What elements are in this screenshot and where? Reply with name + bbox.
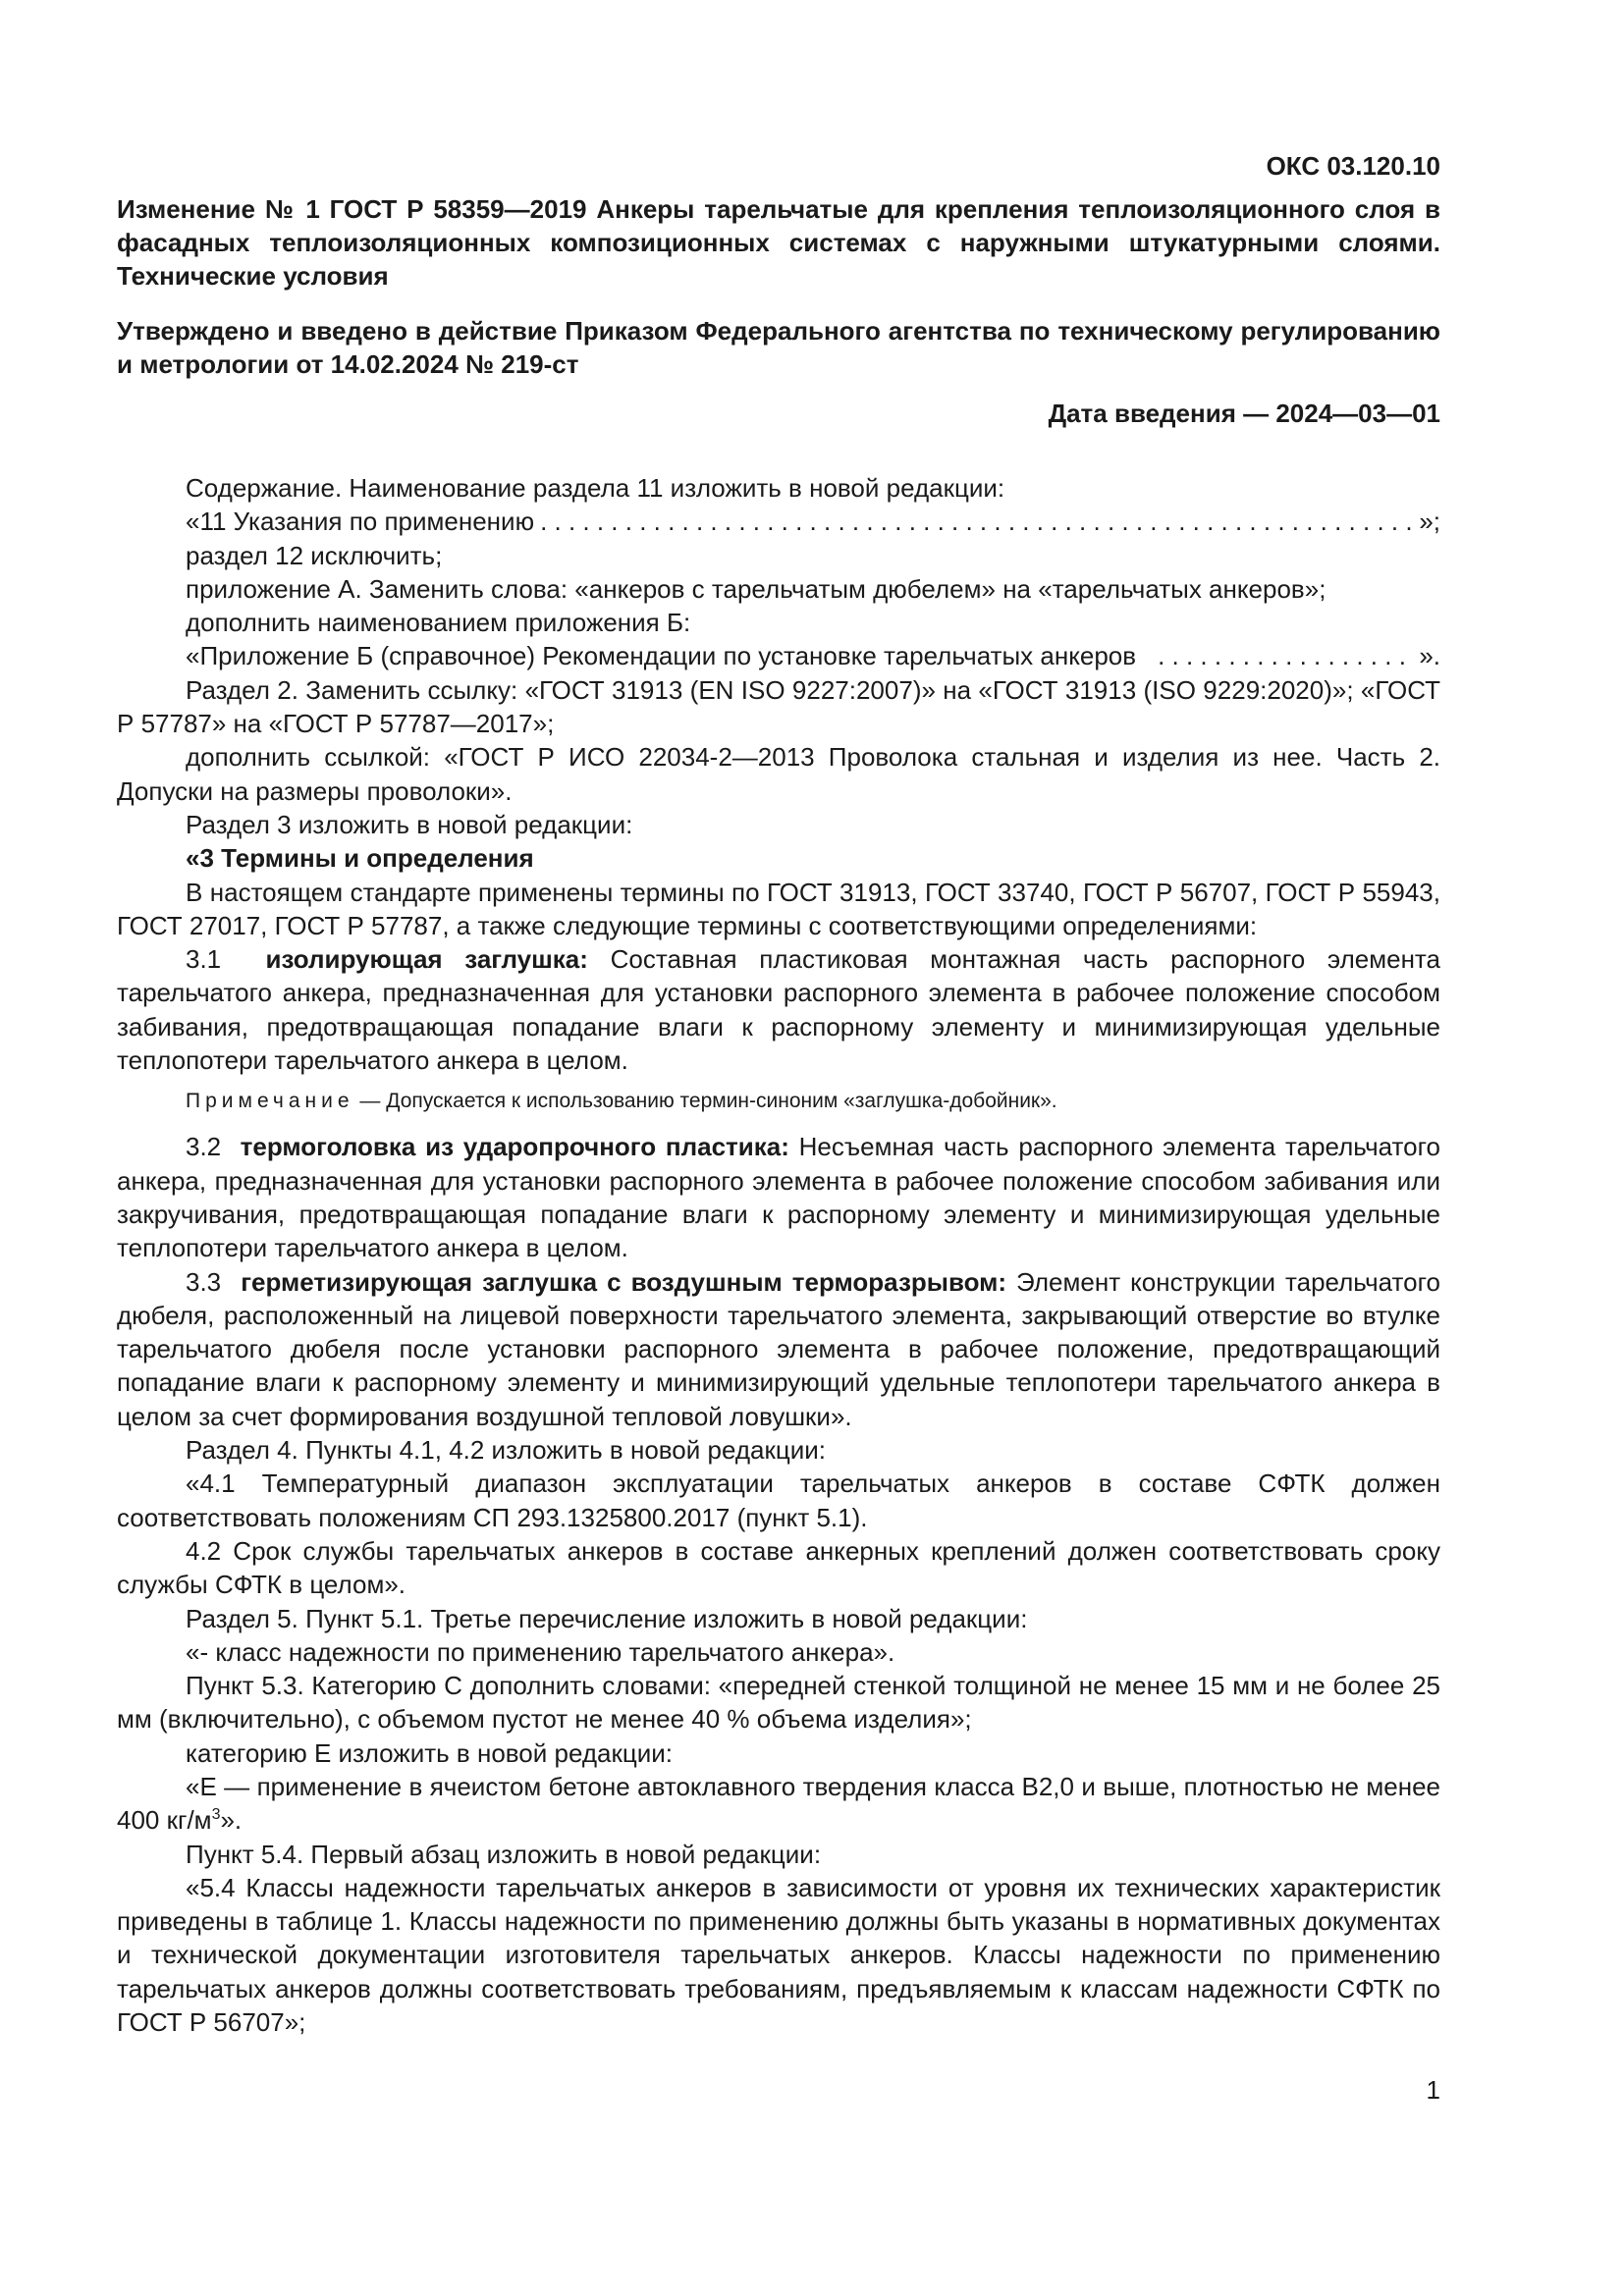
toc-entry-end: »; bbox=[1419, 505, 1440, 538]
term-number: 3.2 bbox=[186, 1132, 221, 1161]
page-number: 1 bbox=[1427, 2073, 1440, 2107]
paragraph-4-2: 4.2 Срок службы тарельчатых анкеров в со… bbox=[117, 1534, 1440, 1602]
note: Примечание — Допускается к использованию… bbox=[117, 1087, 1440, 1116]
term-name: герметизирующая заглушка с воздушным тер… bbox=[241, 1267, 1006, 1297]
paragraph-4-1: «4.1 Температурный диапазон эксплуатации… bbox=[117, 1467, 1440, 1534]
category-e-text: «Е — применение в ячеистом бетоне автокл… bbox=[117, 1772, 1440, 1835]
term-3-3: 3.3 герметизирующая заглушка с воздушным… bbox=[117, 1265, 1440, 1433]
paragraph-section-5-1: Раздел 5. Пункт 5.1. Третье перечисление… bbox=[117, 1602, 1440, 1635]
paragraph-category-e: «Е — применение в ячеистом бетоне автокл… bbox=[117, 1770, 1440, 1838]
paragraph-add-reference: дополнить ссылкой: «ГОСТ Р ИСО 22034-2—2… bbox=[117, 740, 1440, 808]
toc-entry-label: «11 Указания по применению bbox=[186, 505, 534, 538]
toc-leader-dots bbox=[1158, 639, 1413, 672]
term-3-2: 3.2 термоголовка из ударопрочного пласти… bbox=[117, 1130, 1440, 1264]
term-name: изолирующая заглушка: bbox=[266, 944, 588, 974]
paragraph-contents: Содержание. Наименование раздела 11 изло… bbox=[117, 471, 1440, 505]
term-3-1: 3.1 изолирующая заглушка: Составная плас… bbox=[117, 942, 1440, 1077]
toc-entry-section-11: «11 Указания по применению »; bbox=[117, 505, 1440, 538]
paragraph-category-e-intro: категорию Е изложить в новой редакции: bbox=[117, 1736, 1440, 1770]
toc-entry-appendix-b: «Приложение Б (справочное) Рекомендации … bbox=[117, 639, 1440, 672]
paragraph-5-4: «5.4 Классы надежности тарельчатых анкер… bbox=[117, 1871, 1440, 2039]
paragraph-appendix-b-intro: дополнить наименованием приложения Б: bbox=[117, 606, 1440, 639]
paragraph-section-12: раздел 12 исключить; bbox=[117, 539, 1440, 572]
paragraph-reliability-class: «- класс надежности по применению тарель… bbox=[117, 1635, 1440, 1669]
paragraph-section-2: Раздел 2. Заменить ссылку: «ГОСТ 31913 (… bbox=[117, 673, 1440, 741]
paragraph-5-3: Пункт 5.3. Категорию С дополнить словами… bbox=[117, 1669, 1440, 1736]
amendment-title: Изменение № 1 ГОСТ Р 58359—2019 Анкеры т… bbox=[117, 192, 1440, 293]
term-number: 3.1 bbox=[186, 944, 221, 974]
term-name: термоголовка из ударопрочного пластика: bbox=[241, 1132, 789, 1161]
term-number: 3.3 bbox=[186, 1267, 221, 1297]
category-e-end: ». bbox=[220, 1805, 242, 1835]
paragraph-appendix-a: приложение А. Заменить слова: «анкеров с… bbox=[117, 572, 1440, 606]
toc-leader-dots bbox=[540, 505, 1413, 538]
toc-entry-label: «Приложение Б (справочное) Рекомендации … bbox=[186, 639, 1136, 672]
paragraph-section-3-intro: Раздел 3 изложить в новой редакции: bbox=[117, 808, 1440, 841]
section-3-heading: «3 Термины и определения bbox=[117, 841, 1440, 875]
paragraph-terms-intro: В настоящем стандарте применены термины … bbox=[117, 876, 1440, 943]
note-text: — Допускается к использованию термин-син… bbox=[354, 1090, 1057, 1112]
toc-entry-end: ». bbox=[1419, 639, 1440, 672]
paragraph-5-4-intro: Пункт 5.4. Первый абзац изложить в новой… bbox=[117, 1838, 1440, 1871]
oks-code: ОКС 03.120.10 bbox=[1267, 149, 1440, 183]
effective-date: Дата введения — 2024—03—01 bbox=[1049, 397, 1440, 430]
paragraph-section-4: Раздел 4. Пункты 4.1, 4.2 изложить в нов… bbox=[117, 1433, 1440, 1467]
note-label: Примечание bbox=[186, 1090, 354, 1112]
approval-statement: Утверждено и введено в действие Приказом… bbox=[117, 314, 1440, 381]
document-body: Содержание. Наименование раздела 11 изло… bbox=[117, 471, 1440, 2039]
